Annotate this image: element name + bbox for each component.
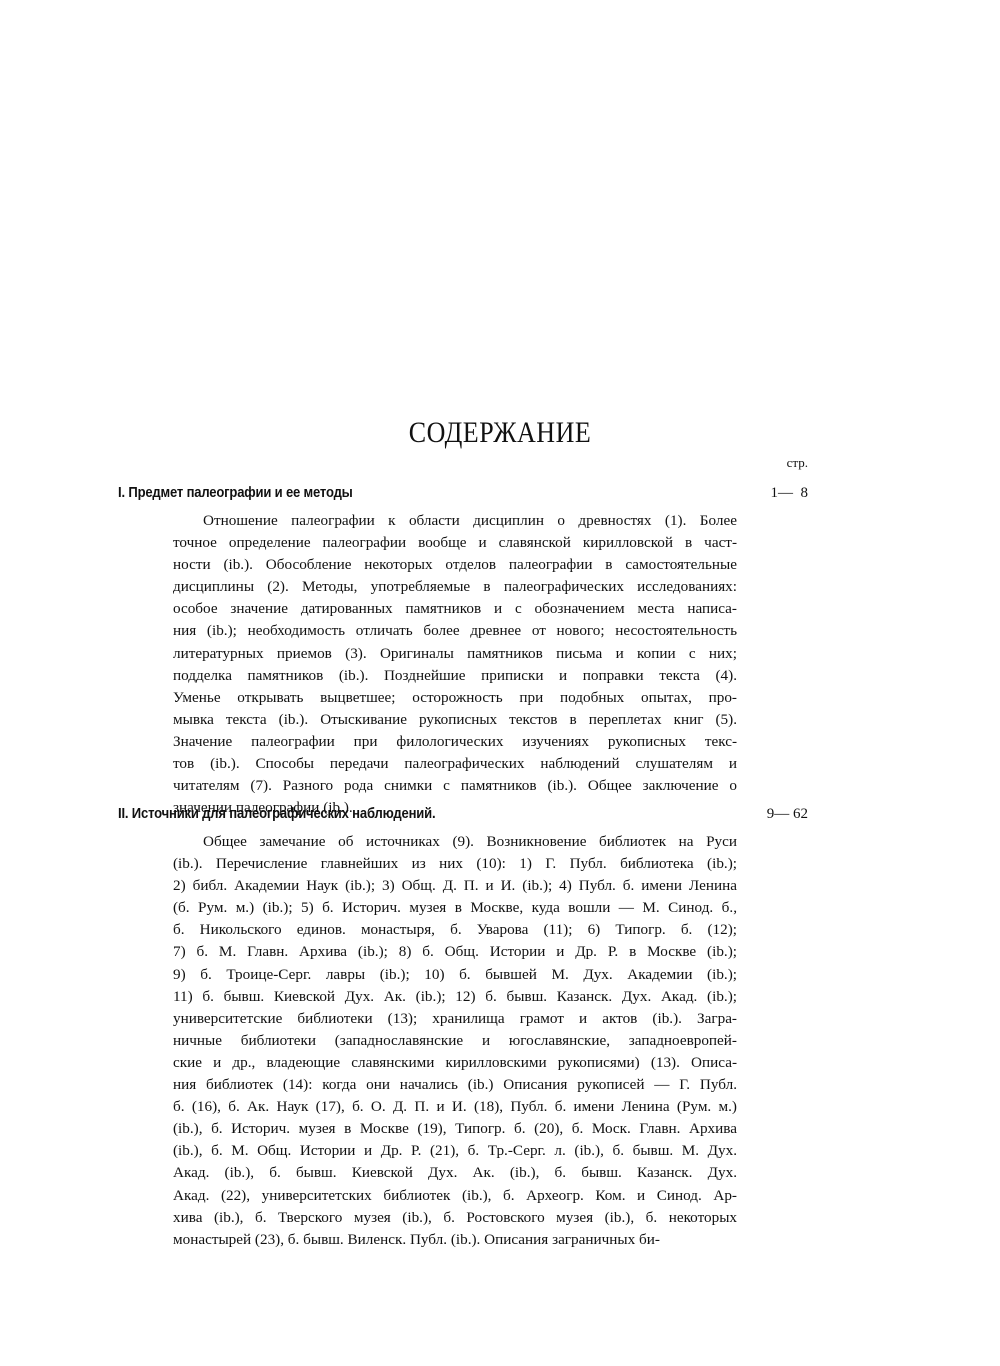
summary-line: мывка текста (ib.). Отыскивание рукописн… — [173, 709, 737, 731]
summary-line: 9) б. Троице-Серг. лавры (ib.); 10) б. б… — [173, 964, 737, 986]
summary-line: Общее замечание об источниках (9). Возни… — [173, 831, 737, 853]
summary-line: 7) б. М. Главн. Архива (ib.); 8) б. Общ.… — [173, 941, 737, 963]
summary-line: Уменье открывать выцветшее; осторожность… — [173, 687, 737, 709]
summary-line: тов (ib.). Способы передачи палеографиче… — [173, 753, 737, 775]
summary-line: ничные библиотеки (западнославянские и ю… — [173, 1030, 737, 1052]
summary-line: монастырей (23), б. бывш. Виленск. Публ.… — [173, 1229, 737, 1251]
section-page-range: 9— 62 — [767, 806, 808, 823]
toc-section-2: II. Источники для палеографических наблю… — [118, 806, 808, 1251]
summary-line: (ib.). Перечисление главнейших из них (1… — [173, 853, 737, 875]
summary-line: Значение палеографии при филологических … — [173, 731, 737, 753]
summary-line: (б. Рум. м.) (ib.); 5) б. Историч. музея… — [173, 897, 737, 919]
summary-line: (ib.), б. Историч. музея в Москве (19), … — [173, 1118, 737, 1140]
toc-section-heading: II. Источники для палеографических наблю… — [118, 806, 808, 828]
summary-line: особое значение датированных памятников … — [173, 598, 737, 620]
summary-line: б. Никольского единов. монастыря, б. Ува… — [173, 919, 737, 941]
summary-line: (ib.), б. М. Общ. Истории и Др. Р. (21),… — [173, 1140, 737, 1162]
summary-line: литературных приемов (3). Оригиналы памя… — [173, 643, 737, 665]
pages-column-label: стр. — [768, 455, 808, 471]
section-summary: Отношение палеографии к области дисципли… — [173, 510, 737, 819]
summary-line: ские и др., владеющие славянскими кирилл… — [173, 1052, 737, 1074]
summary-line: Отношение палеографии к области дисципли… — [173, 510, 737, 532]
toc-section-1: I. Предмет палеографии и ее методы 1— 8 … — [118, 485, 808, 819]
summary-line: Акад. (ib.), б. бывш. Киевской Дух. Ак. … — [173, 1162, 737, 1184]
page-title: СОДЕРЖАНИЕ — [0, 416, 1000, 451]
section-title: II. Источники для палеографических наблю… — [118, 806, 435, 822]
section-page-range: 1— 8 — [771, 485, 809, 502]
section-summary: Общее замечание об источниках (9). Возни… — [173, 831, 737, 1251]
summary-line: дисциплины (2). Методы, употребляемые в … — [173, 576, 737, 598]
summary-line: б. (16), б. Ак. Наук (17), б. О. Д. П. и… — [173, 1096, 737, 1118]
summary-line: Акад. (22), университетских библиотек (i… — [173, 1185, 737, 1207]
summary-line: ности (ib.). Обособление некоторых отдел… — [173, 554, 737, 576]
summary-line: читателям (7). Разного рода снимки с пам… — [173, 775, 737, 797]
summary-line: ния (ib.); необходимость отличать более … — [173, 620, 737, 642]
summary-line: точное определение палеографии вообще и … — [173, 532, 737, 554]
summary-line: 2) библ. Академии Наук (ib.); 3) Общ. Д.… — [173, 875, 737, 897]
section-title: I. Предмет палеографии и ее методы — [118, 485, 353, 501]
summary-line: университетские библиотеки (13); хранили… — [173, 1008, 737, 1030]
summary-line: хива (ib.), б. Тверского музея (ib.), б.… — [173, 1207, 737, 1229]
toc-section-heading: I. Предмет палеографии и ее методы 1— 8 — [118, 485, 808, 507]
summary-line: 11) б. бывш. Киевской Дух. Ак. (ib.); 12… — [173, 986, 737, 1008]
summary-line: подделка памятников (ib.). Позднейшие пр… — [173, 665, 737, 687]
summary-line: ния библиотек (14): когда они начались (… — [173, 1074, 737, 1096]
